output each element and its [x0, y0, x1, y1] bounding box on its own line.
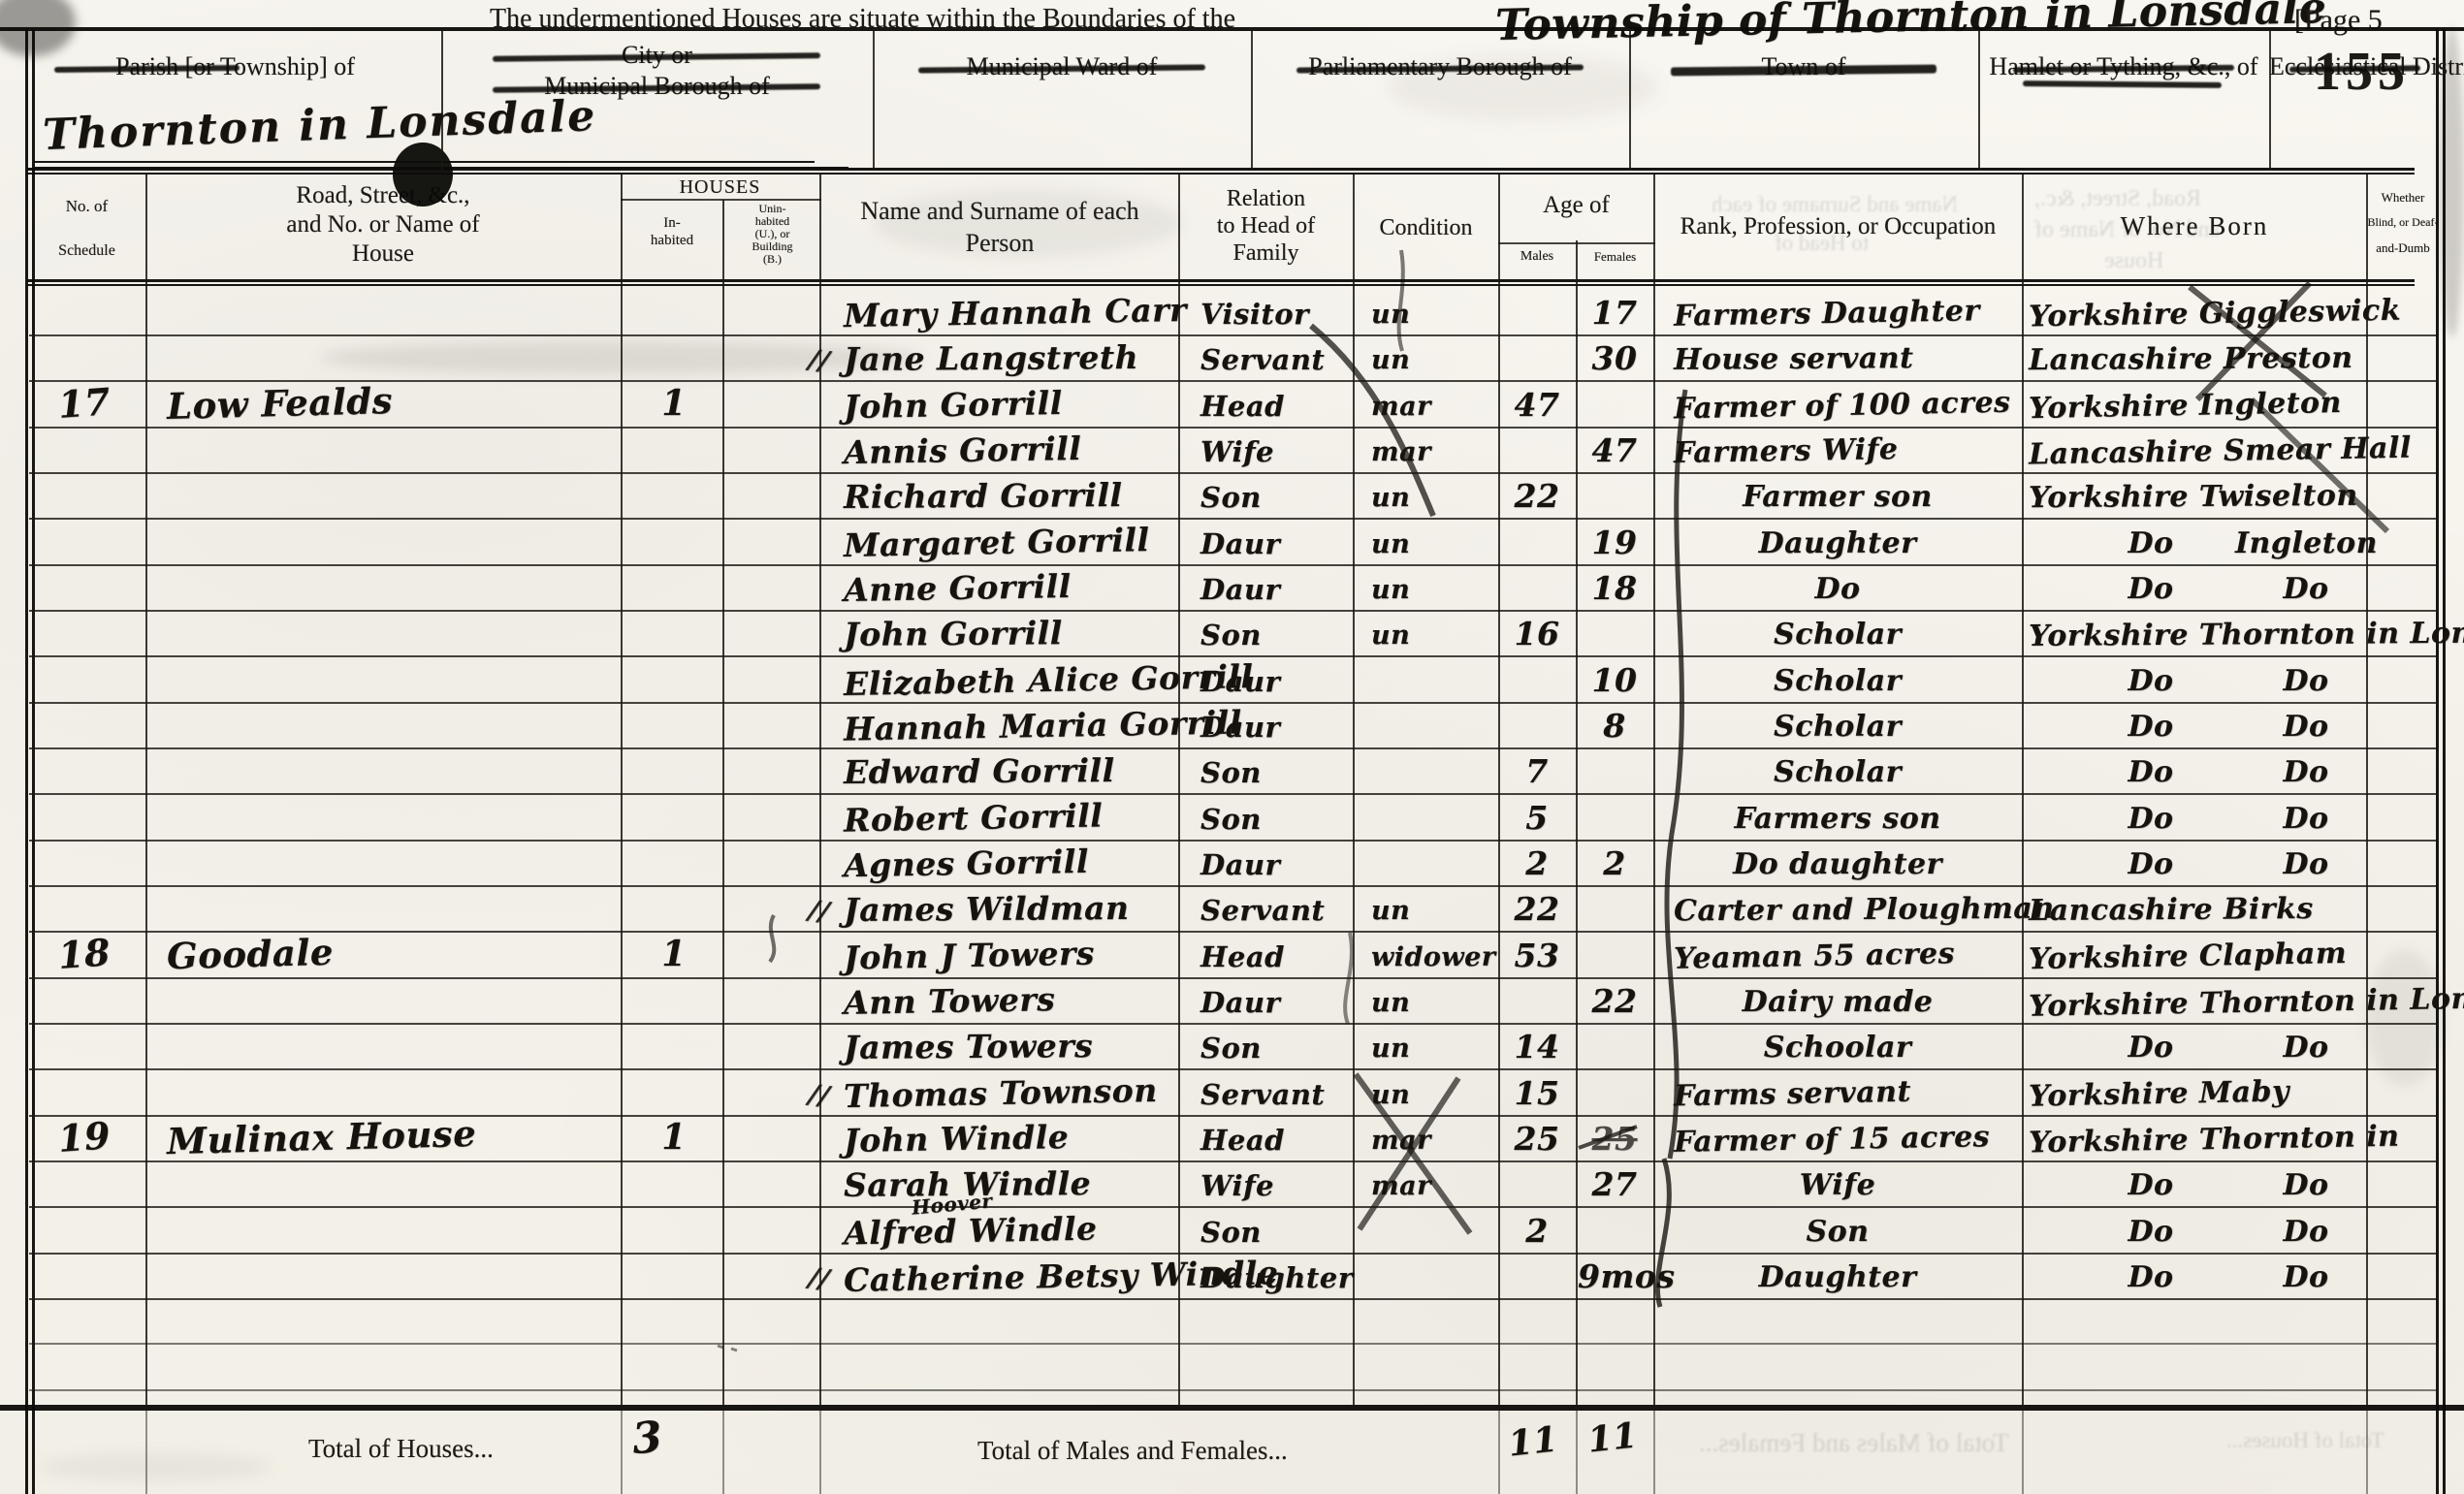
cell-occupation: Farmer of 15 acres [1674, 1120, 1991, 1160]
cell-name: John J Towers [844, 935, 1096, 977]
row-rule [29, 1160, 2436, 1162]
cell-born: Lancashire Preston [2029, 341, 2353, 377]
column-header-females: Females [1578, 249, 1652, 265]
cell-condition: mar [1371, 392, 1431, 422]
cell-born-ditto: Do [2269, 664, 2343, 698]
cell-occupation: Carter and Ploughman [1674, 892, 2055, 929]
cell-age-females: 2 [1578, 844, 1651, 882]
row-rule [29, 1343, 2436, 1345]
cell-relation: Son [1200, 619, 1262, 652]
cell-relation: Daur [1200, 986, 1280, 1019]
cell-age-females: 25 [1578, 1120, 1651, 1158]
cell-born-ditto: Do [2269, 802, 2343, 836]
cell-relation: Son [1200, 756, 1262, 789]
column-divider [2022, 175, 2024, 1405]
cell-relation: Daur [1200, 711, 1280, 744]
cell-occupation: House servant [1674, 341, 1914, 377]
row-rule [29, 1023, 2436, 1025]
cell-occupation: Scholar [1653, 618, 2022, 652]
cell-condition: un [1371, 896, 1410, 926]
cell-name: Margaret Gorrill [844, 521, 1150, 564]
cell-name: Anne Gorrill [844, 567, 1072, 609]
cell-relation: Daughter [1200, 1261, 1354, 1294]
scan-smudge [2366, 950, 2444, 1086]
row-rule [29, 793, 2436, 795]
cell-name: Thomas Townson [844, 1071, 1158, 1115]
column-header-relation-l3: Family [1181, 240, 1351, 267]
houses-subrule [621, 199, 821, 201]
cell-name: Richard Gorrill [844, 476, 1123, 516]
cell-name: John Gorrill [844, 614, 1063, 653]
census-page-scan: The undermentioned Houses are situate wi… [0, 0, 2464, 1494]
rule-line [27, 279, 2415, 282]
cell-born: Lancashire Smear Hall [2029, 431, 2412, 472]
cell-born-ditto: Do [2114, 1260, 2188, 1294]
cell-occupation: Farmers Daughter [1674, 294, 1980, 334]
cell-age-males: 2 [1500, 844, 1574, 882]
cell-occupation: Scholar [1653, 664, 2022, 698]
column-header-uninhabited-l5: (B.) [725, 252, 819, 267]
cell-relation: Servant [1200, 894, 1325, 927]
rule-line [34, 161, 815, 163]
cell-condition: un [1371, 345, 1410, 375]
cell-occupation: Daughter [1653, 526, 2022, 560]
age-subrule [1498, 242, 1655, 244]
cell-age-males: 22 [1500, 477, 1574, 515]
row-rule [29, 334, 2436, 336]
column-header-age: Age of [1501, 192, 1651, 219]
cell-age-females: 27 [1578, 1165, 1651, 1203]
cell-relation: Head [1200, 940, 1285, 973]
bleed-through-text: Name and Surname of each [1712, 192, 1958, 217]
column-divider [2366, 175, 2368, 1405]
cell-name: Agnes Gorrill [844, 842, 1089, 884]
column-divider-totals [722, 1408, 724, 1494]
row-rule [29, 931, 2436, 933]
cell-born: Ingleton [2235, 526, 2378, 560]
column-header-blind-l2: Blind, or Deaf- [2362, 215, 2444, 230]
cell-condition: un [1371, 1033, 1410, 1064]
column-divider-totals [1498, 1408, 1500, 1494]
total-males-females-label: Total of Males and Females... [977, 1436, 1288, 1466]
cell-age-females: 9mos [1578, 1257, 1651, 1295]
column-divider [621, 175, 623, 1405]
column-header-males: Males [1500, 249, 1574, 265]
cell-born: Lancashire Birks [2029, 892, 2314, 928]
cell-relation: Servant [1200, 1078, 1325, 1111]
cell-occupation: Scholar [1653, 710, 2022, 744]
strike-mark [2023, 80, 2222, 88]
row-rule [29, 564, 2436, 566]
cell-occupation: Schoolar [1653, 1031, 2022, 1065]
cell-age-males: 2 [1500, 1212, 1574, 1250]
column-header-blind: Whether [2367, 190, 2439, 206]
cell-born-ditto: Do [2269, 572, 2343, 606]
cell-relation: Son [1200, 1216, 1262, 1249]
total-females-value: 11 [1576, 1414, 1649, 1461]
cell-born: Yorkshire Maby [2029, 1074, 2290, 1113]
cell-name: Mary Hannah Carr [844, 291, 1187, 334]
cell-age-males: 47 [1500, 386, 1574, 424]
column-divider [145, 175, 147, 1405]
cell-born-ditto: Do [2114, 1215, 2188, 1249]
cell-born: Yorkshire Thornton in Lonsdale [2029, 616, 2464, 653]
cell-condition: un [1371, 575, 1410, 605]
cell-age-males: 14 [1500, 1028, 1574, 1065]
cell-tick-mark: // [807, 1261, 832, 1296]
row-rule [29, 1389, 2436, 1391]
cell-name: Ann Towers [844, 980, 1056, 1022]
rule-line [0, 27, 2464, 31]
row-rule [29, 427, 2436, 429]
row-rule [29, 977, 2436, 979]
bleed-through-text: Road, Street, &c., [2034, 186, 2201, 212]
cell-born-ditto: Do [2114, 847, 2188, 881]
cell-occupation: Farmer of 100 acres [1674, 386, 2011, 427]
column-header-street-l2: and No. or Name of [155, 211, 611, 238]
cell-relation: Head [1200, 1124, 1285, 1157]
cell-schedule: 18 [56, 930, 112, 977]
cell-name: James Wildman [844, 889, 1130, 929]
district-written-value: Thornton in Lonsdale [42, 91, 597, 160]
bleed-through-text: Total of Houses... [2226, 1428, 2384, 1453]
cell-relation: Head [1200, 390, 1285, 423]
cell-occupation: Farmer son [1653, 480, 2022, 514]
cell-name: Elizabeth Alice Gorrill [844, 657, 1254, 703]
total-houses-value: 3 [630, 1413, 664, 1465]
column-header-name: Name and Surname of each [824, 197, 1175, 226]
column-divider [1353, 175, 1355, 1405]
cell-tick-mark: // [807, 343, 832, 378]
scan-smudge [39, 1452, 272, 1481]
cell-age-females: 47 [1578, 431, 1651, 469]
column-header-condition: Condition [1356, 215, 1496, 241]
cell-condition: un [1371, 483, 1410, 513]
cell-relation: Son [1200, 481, 1262, 514]
cell-born: Yorkshire Ingleton [2029, 386, 2342, 426]
column-header-relation-l2: to Head of [1181, 213, 1351, 239]
cell-occupation: Farms servant [1674, 1075, 1911, 1114]
bleed-through-text: House [2104, 248, 2163, 274]
cell-tick-mark: // [807, 894, 832, 929]
row-rule [29, 1068, 2436, 1070]
cell-age-males: 5 [1500, 799, 1574, 837]
cell-born-ditto: Do [2114, 1168, 2188, 1202]
column-divider-totals [819, 1408, 821, 1494]
cell-occupation: Do [1653, 572, 2022, 606]
bleed-through-text: and No. or Name of [2034, 217, 2220, 243]
cell-name: Alfred Windle [844, 1209, 1098, 1252]
page-number-label: [Page 5 [2294, 4, 2383, 37]
column-header-name-l2: Person [824, 229, 1175, 258]
cell-age-males: 7 [1500, 752, 1574, 790]
cell-condition: mar [1371, 437, 1431, 467]
cell-born-ditto: Do [2269, 755, 2343, 789]
cell-relation: Wife [1200, 435, 1274, 468]
rule-line [27, 173, 2415, 175]
cell-inhabited: 1 [632, 1117, 716, 1158]
cell-street: Goodale [166, 931, 334, 977]
cell-relation: Son [1200, 1032, 1262, 1065]
total-males-value: 11 [1496, 1417, 1570, 1465]
column-divider-totals [621, 1408, 623, 1494]
bleed-through-text: Total of Males and Females... [1699, 1428, 2009, 1458]
cell-age-females: 30 [1578, 339, 1651, 377]
cell-born: Yorkshire Clapham [2029, 937, 2348, 976]
column-header-inhabited-l2: habited [624, 233, 720, 249]
cell-name: Hannah Maria Gorrill [844, 703, 1242, 747]
column-header-houses: HOUSES [621, 176, 819, 199]
cell-born: Yorkshire Twiselton [2029, 479, 2358, 515]
cell-born-ditto: Do [2269, 1031, 2343, 1065]
cell-age-males: 16 [1500, 615, 1574, 652]
column-header-schedule: No. of [31, 197, 143, 216]
row-rule [29, 472, 2436, 474]
cell-schedule: 19 [56, 1113, 112, 1160]
border-line [32, 29, 35, 1494]
column-divider-totals [145, 1408, 147, 1494]
cell-condition: mar [1371, 1126, 1431, 1156]
cell-occupation: Farmers Wife [1674, 432, 1899, 470]
column-divider-totals [1653, 1408, 1655, 1494]
rule-line [27, 284, 2415, 286]
border-line [2443, 29, 2446, 1494]
cell-relation: Daur [1200, 848, 1280, 881]
cell-occupation: Daughter [1653, 1260, 2022, 1294]
cell-relation: Servant [1200, 343, 1325, 376]
cell-name: Robert Gorrill [844, 796, 1104, 839]
cell-condition: un [1371, 529, 1410, 559]
cell-name: Annis Gorrill [844, 429, 1082, 471]
cell-age-females: 10 [1578, 661, 1651, 699]
cell-born-ditto: Do [2114, 802, 2188, 836]
cell-condition: un [1371, 620, 1410, 651]
border-line [2436, 29, 2439, 1494]
cell-born-ditto: Do [2114, 526, 2188, 560]
cell-born-ditto: Do [2114, 1031, 2188, 1065]
cell-condition: un [1371, 988, 1410, 1018]
cell-condition: widower [1371, 942, 1496, 972]
cell-age-males: 25 [1500, 1120, 1574, 1158]
column-divider-totals [2022, 1408, 2024, 1494]
cell-occupation: Dairy made [1653, 985, 2022, 1019]
cell-relation: Visitor [1200, 298, 1309, 331]
cell-relation: Wife [1200, 1169, 1274, 1202]
cell-occupation: Do daughter [1653, 847, 2022, 881]
cell-born-ditto: Do [2269, 710, 2343, 744]
cell-occupation: Wife [1653, 1168, 2022, 1202]
cell-name: Edward Gorrill [844, 751, 1115, 791]
cell-condition: un [1371, 300, 1410, 330]
cell-born: Yorkshire Thornton in Lonsdale [2029, 980, 2464, 1024]
cell-born-ditto: Do [2269, 1260, 2343, 1294]
cell-inhabited: 1 [632, 383, 716, 424]
cell-relation: Son [1200, 803, 1262, 836]
cell-born-ditto: Do [2269, 1168, 2343, 1202]
row-rule [29, 1298, 2436, 1300]
cell-relation: Daur [1200, 665, 1280, 698]
row-rule [29, 1206, 2436, 1208]
cell-age-females: 18 [1578, 569, 1651, 607]
row-rule [29, 747, 2436, 749]
cell-born-ditto: Do [2114, 710, 2188, 744]
cell-condition: mar [1371, 1171, 1431, 1201]
cell-age-males: 15 [1500, 1074, 1574, 1112]
page-heading-written: Township of Thornton in Lonsdale [1495, 0, 2327, 50]
cell-occupation: Farmers son [1653, 802, 2022, 836]
column-divider-totals [1576, 1408, 1578, 1494]
cell-condition: un [1371, 1080, 1410, 1110]
column-header-schedule-l2: Schedule [31, 242, 143, 260]
cell-inhabited: 1 [632, 934, 716, 974]
cell-born: Yorkshire Thornton in [2029, 1120, 2400, 1160]
cell-schedule: 17 [56, 379, 112, 427]
cell-born-ditto: Do [2269, 1215, 2343, 1249]
border-line [25, 29, 28, 1494]
cell-tick-mark: // [807, 1078, 832, 1113]
cell-name: James Towers [844, 1027, 1093, 1066]
cell-age-females: 8 [1578, 707, 1651, 745]
column-header-street: Road, Street, &c., [155, 182, 611, 209]
row-rule [29, 885, 2436, 887]
cell-age-females: 19 [1578, 524, 1651, 561]
column-header-inhabited: In- [624, 215, 720, 232]
column-header-street-l3: House [155, 240, 611, 268]
cell-age-females: 17 [1578, 294, 1651, 332]
cell-born-ditto: Do [2114, 664, 2188, 698]
column-header-relation: Relation [1181, 186, 1351, 212]
cell-age-males: 22 [1500, 890, 1574, 928]
cell-relation: Daur [1200, 573, 1280, 606]
cell-name: John Gorrill [844, 384, 1063, 426]
column-header-blind-l3: and-Dumb [2367, 240, 2439, 256]
column-divider [1178, 175, 1180, 1405]
cell-age-females: 22 [1578, 982, 1651, 1020]
cell-street: Low Fealds [166, 379, 393, 428]
row-rule [29, 518, 2436, 520]
cell-street: Mulinax House [166, 1112, 476, 1162]
cell-occupation: Scholar [1653, 755, 2022, 789]
cell-name: Jane Langstreth [844, 338, 1138, 378]
cell-born-ditto: Do [2114, 755, 2188, 789]
cell-age-males: 53 [1500, 937, 1574, 974]
cell-born-ditto: Do [2269, 847, 2343, 881]
cell-born-ditto: Do [2114, 572, 2188, 606]
cell-born: Yorkshire Giggleswick [2029, 294, 2402, 334]
cell-occupation: Son [1653, 1215, 2022, 1249]
cell-name: John Windle [844, 1118, 1070, 1160]
bleed-through-text: to Head of [1775, 231, 1869, 256]
cell-occupation: Yeaman 55 acres [1674, 937, 1956, 976]
column-divider [1576, 240, 1578, 1405]
row-rule [29, 840, 2436, 842]
cell-relation: Daur [1200, 527, 1280, 560]
rule-line [0, 1405, 2464, 1411]
total-houses-label: Total of Houses... [308, 1434, 494, 1464]
row-rule [29, 610, 2436, 612]
